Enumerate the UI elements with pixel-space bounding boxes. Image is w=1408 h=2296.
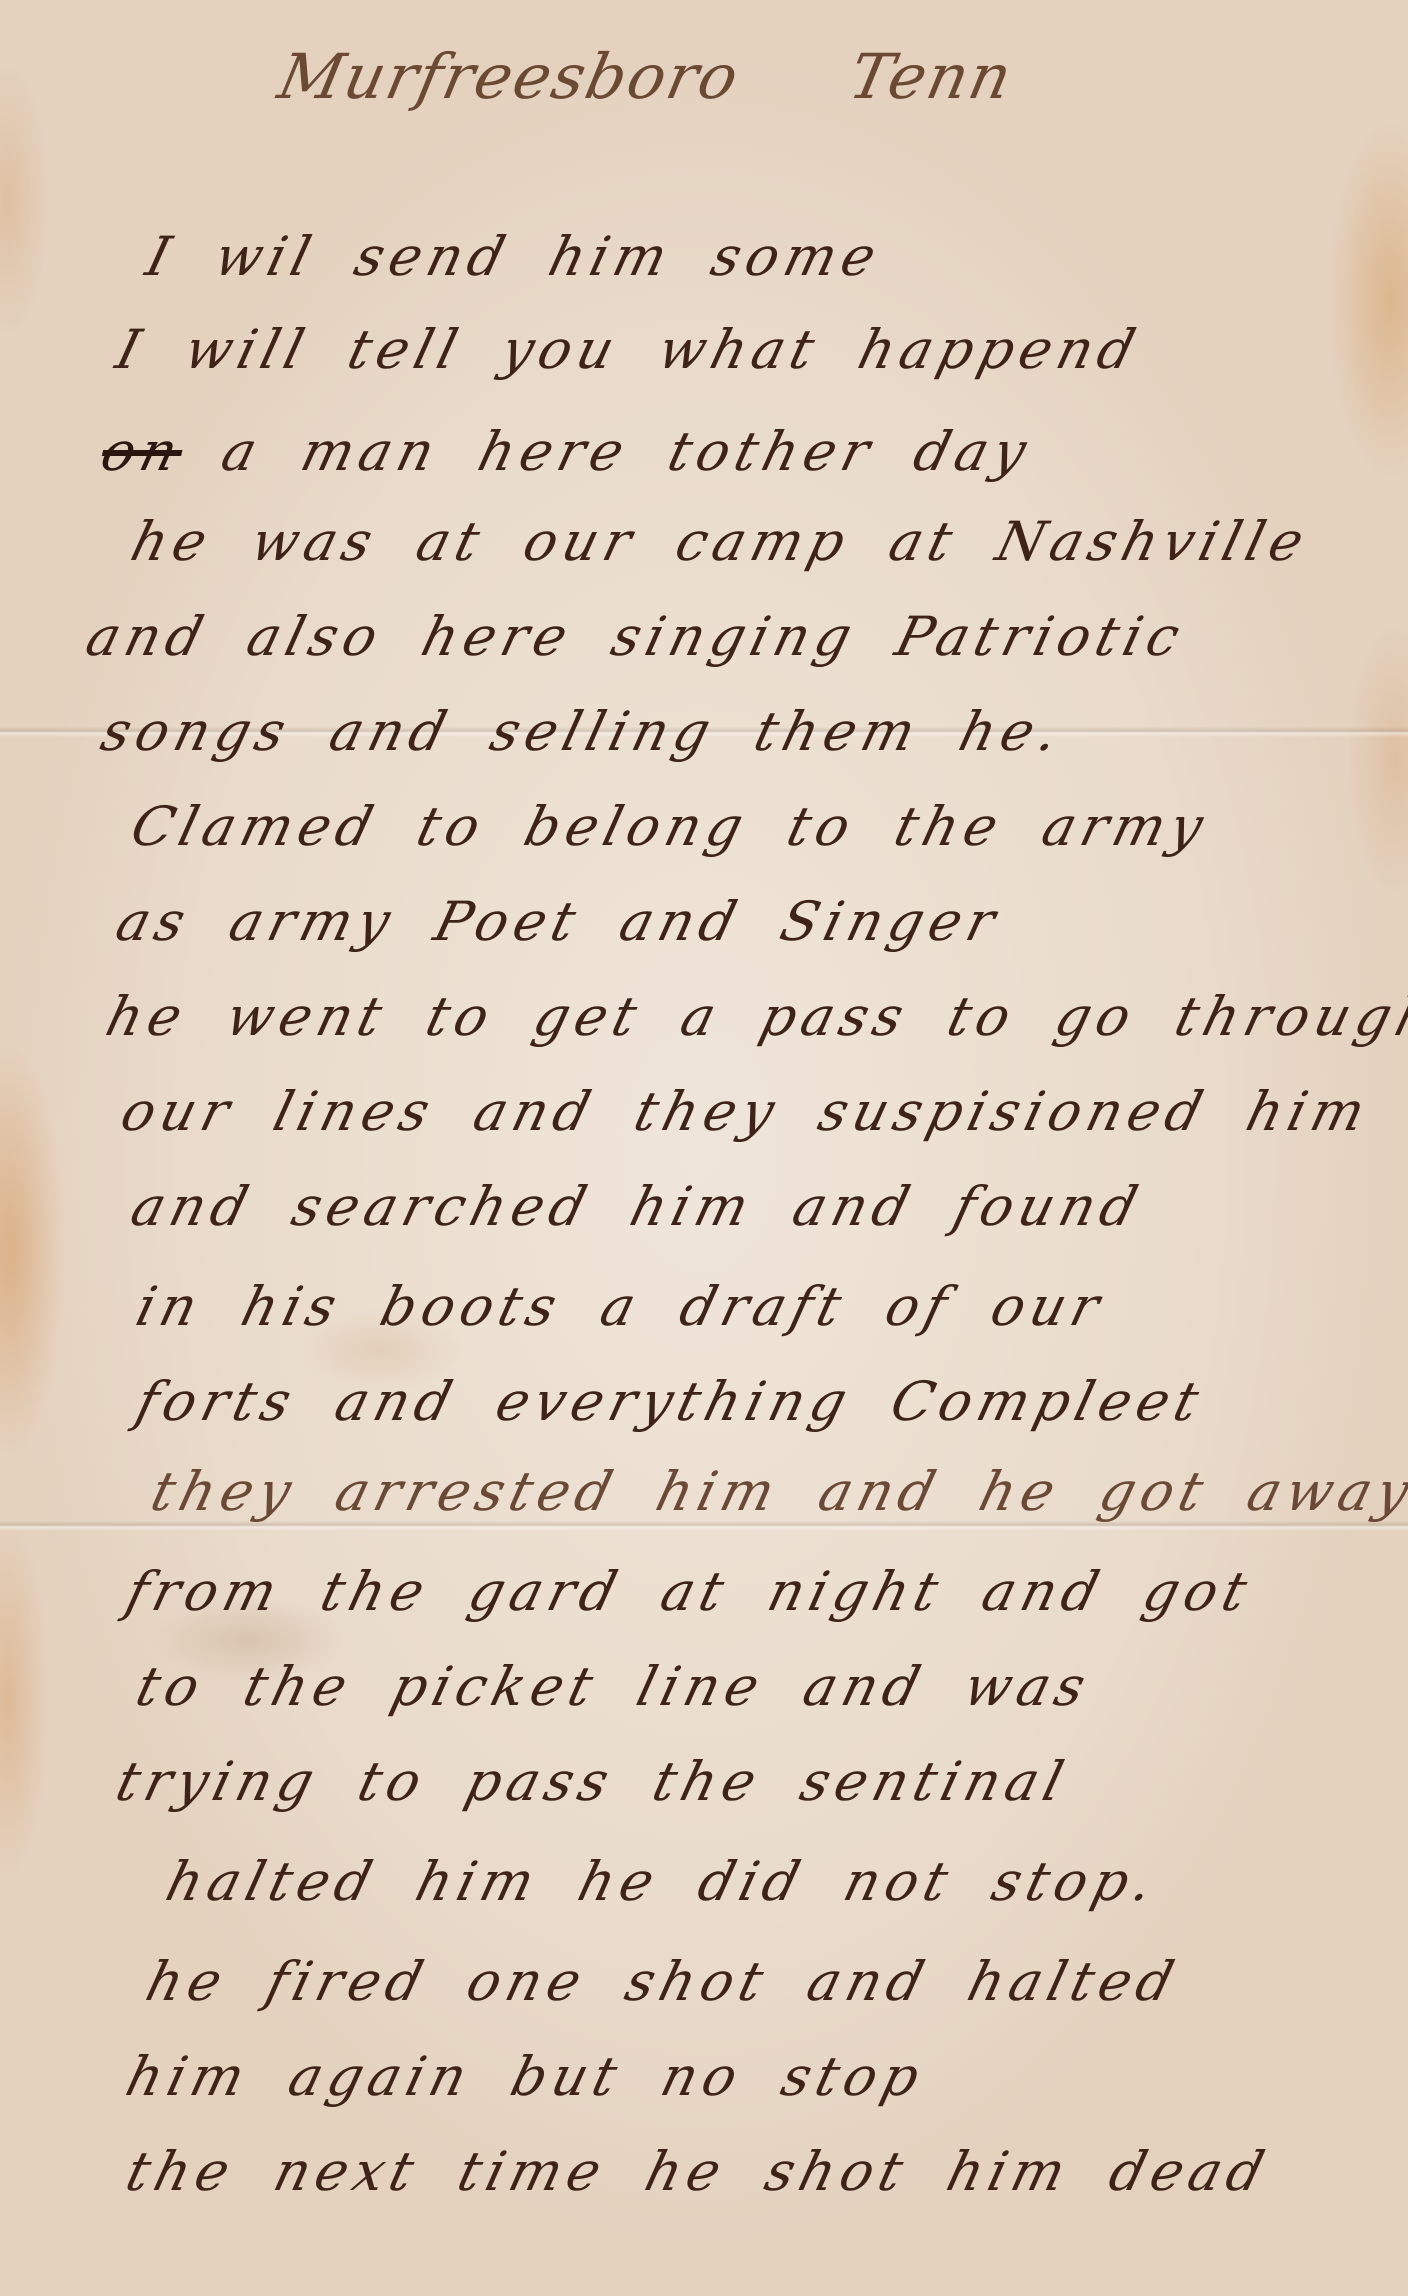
letter-page: Murfreesboro Tenn I wil send him some I … (0, 0, 1408, 2296)
letter-line: in his boots a draft of our (130, 1275, 1112, 1338)
letter-line: and searched him and found (125, 1175, 1150, 1238)
letter-line: from the gard at night and got (120, 1560, 1259, 1623)
letter-line: trying to pass the sentinal (110, 1750, 1076, 1813)
letter-line: halted him he did not stop. (160, 1850, 1165, 1913)
letter-line: forts and everything Compleet (130, 1370, 1211, 1433)
letter-line: and also here singing Patriotic (80, 605, 1192, 668)
letter-heading: Murfreesboro Tenn (280, 40, 1012, 113)
letter-line: on a man here tother day (95, 420, 1038, 483)
letter-line: Clamed to belong to the army (125, 795, 1215, 858)
letter-line: the next time he shot him dead (120, 2140, 1276, 2203)
letter-line: they arrested him and he got away (145, 1460, 1408, 1523)
letter-line: he went to get a pass to go through (100, 985, 1408, 1048)
letter-line: he was at our camp at Nashville (125, 510, 1316, 573)
letter-line: songs and selling them he. (95, 700, 1071, 763)
letter-line: I wil send him some (140, 225, 888, 288)
letter-line: him again but no stop (120, 2045, 931, 2108)
heading-state: Tenn (843, 40, 1020, 113)
heading-place: Murfreesboro (272, 40, 746, 113)
letter-line: to the picket line and was (130, 1655, 1098, 1718)
letter-line: as army Poet and Singer (110, 890, 1007, 953)
struck-word: on (95, 420, 190, 483)
letter-line: I will tell you what happend (110, 318, 1147, 381)
letter-line: our lines and they suspisioned him (115, 1080, 1377, 1143)
letter-line: he fired one shot and halted (140, 1950, 1186, 2013)
letter-line-text: a man here tother day (215, 420, 1038, 483)
